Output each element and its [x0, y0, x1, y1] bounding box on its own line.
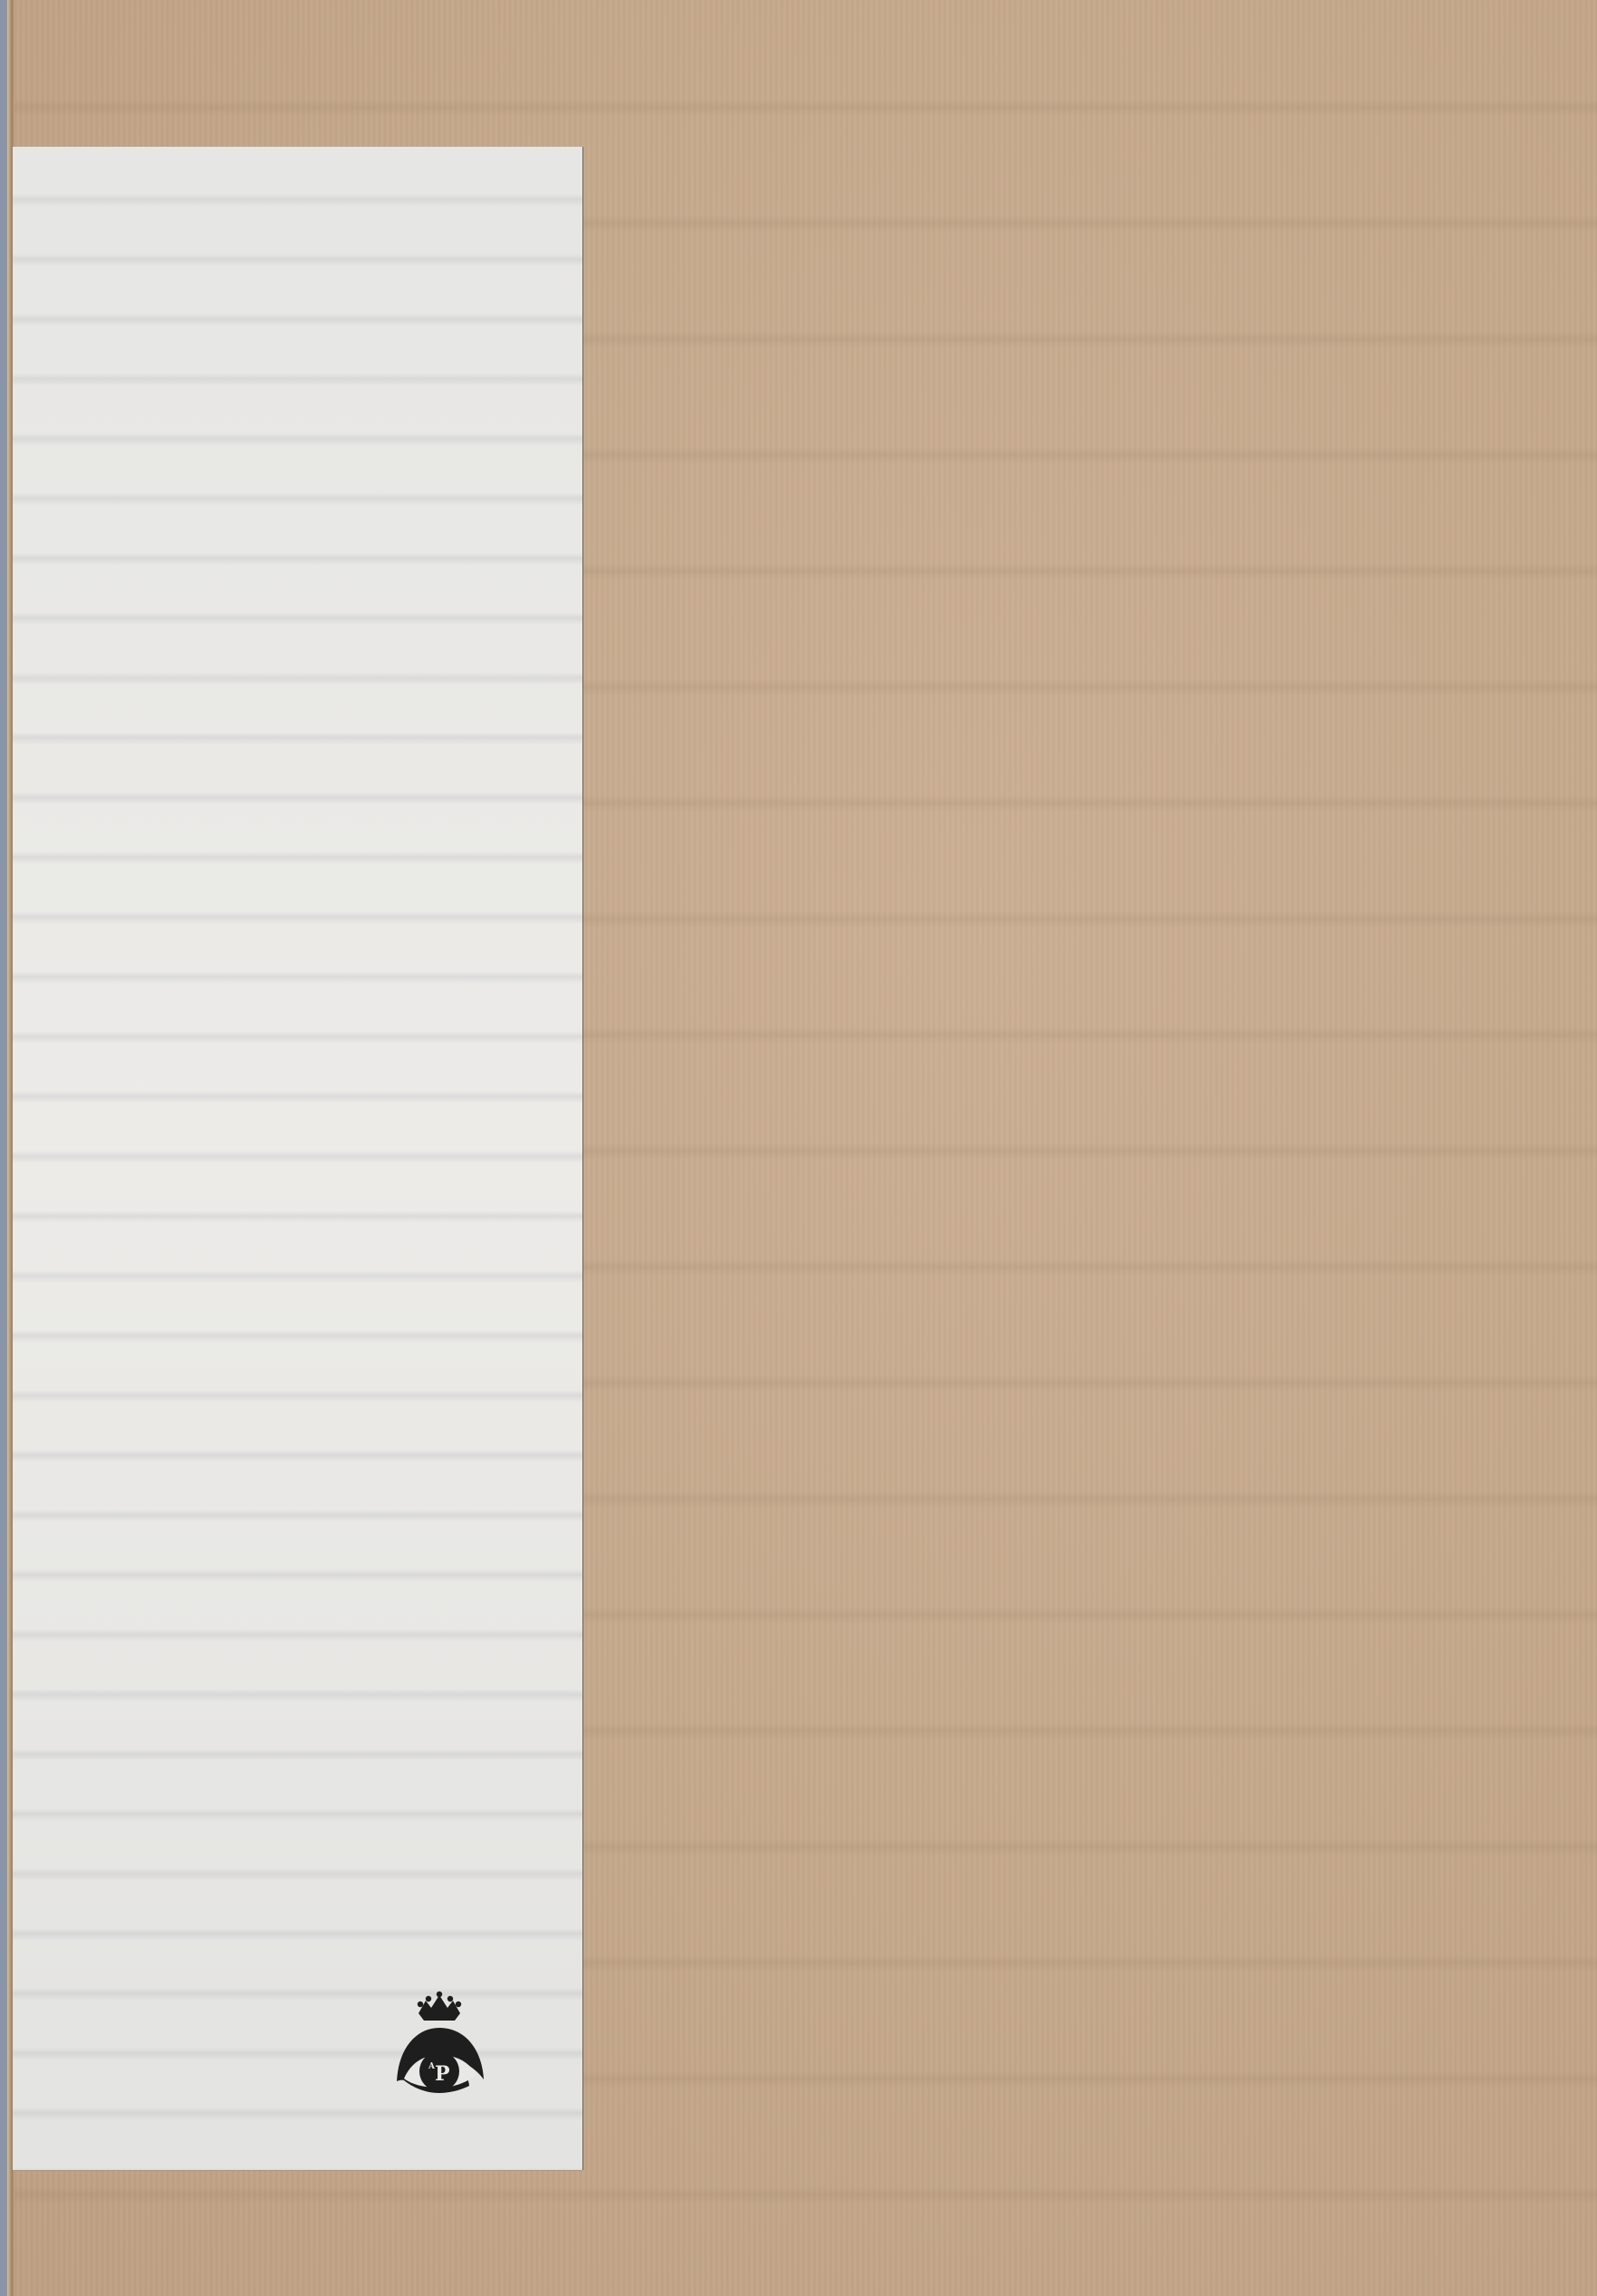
white-label-strip	[13, 147, 582, 2170]
publisher-logo: A P	[379, 1975, 501, 2098]
crowned-eye-icon: A P	[379, 1975, 501, 2098]
logo-letter-p: P	[435, 2062, 450, 2086]
crown-icon	[418, 1992, 461, 2021]
